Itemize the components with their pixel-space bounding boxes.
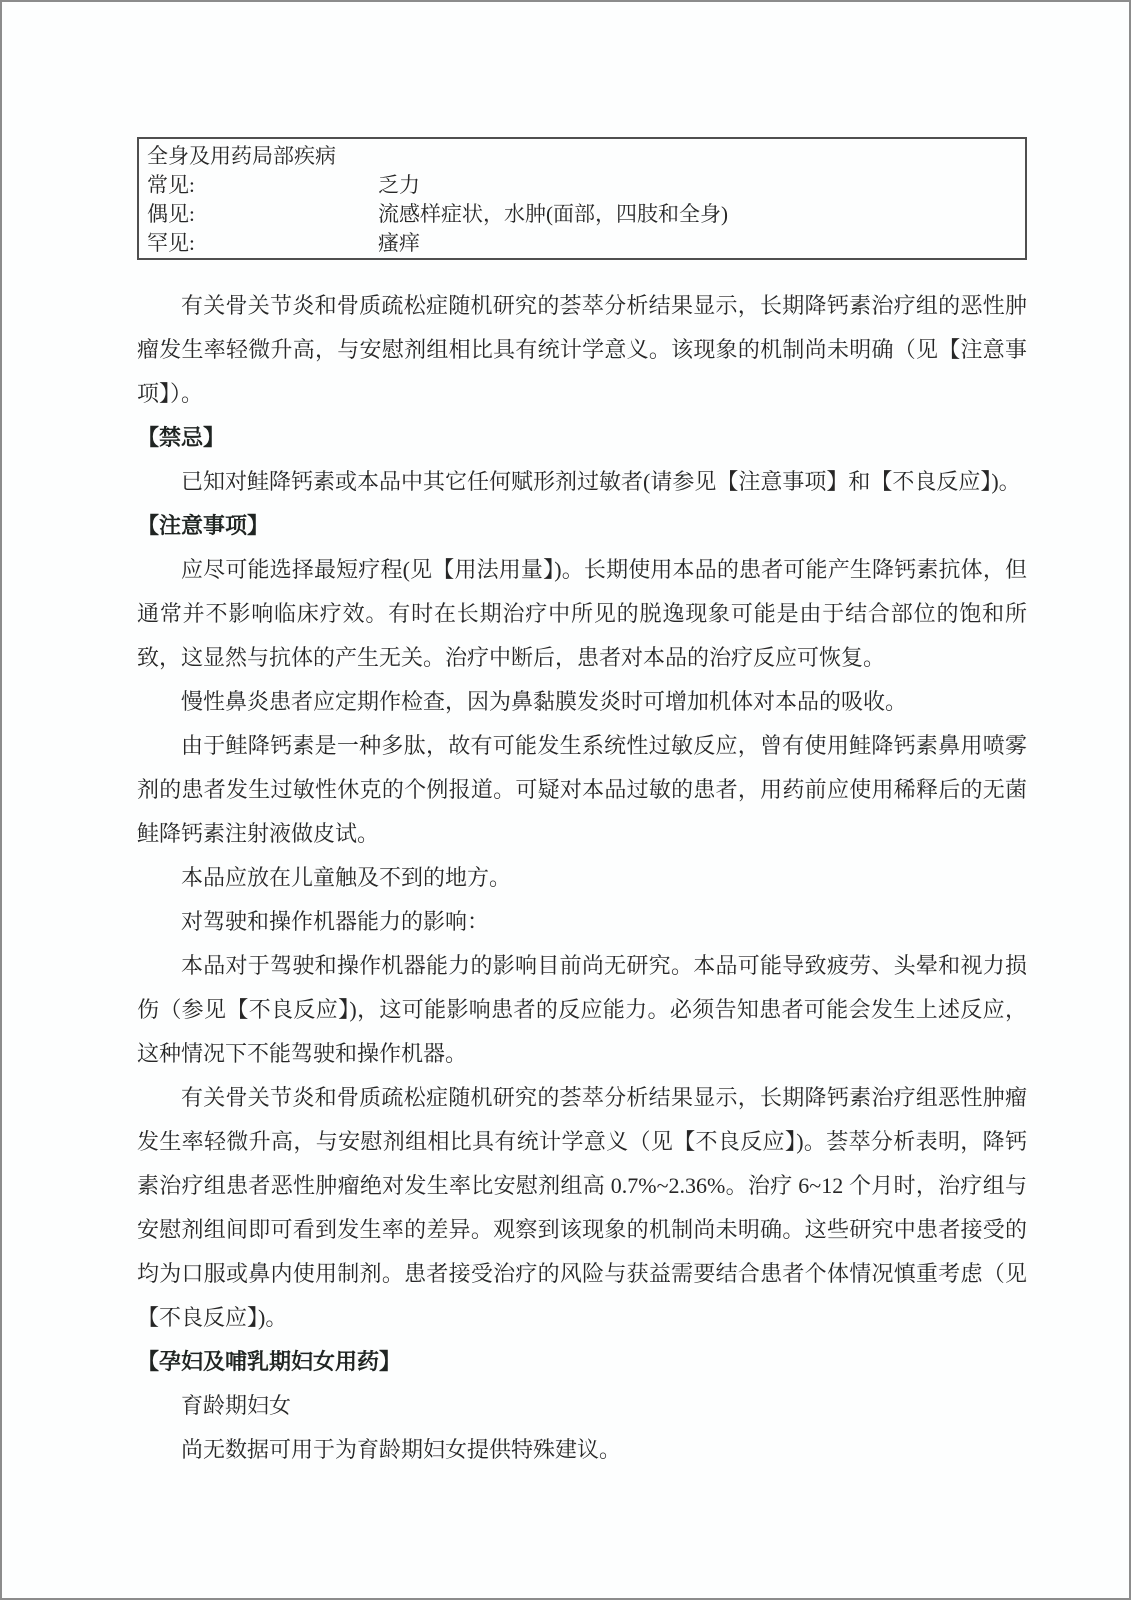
- pregnancy-paragraph: 尚无数据可用于为育龄期妇女提供特殊建议。: [137, 1428, 1027, 1472]
- contraindications-paragraph: 已知对鲑降钙素或本品中其它任何赋形剂过敏者(请参见【注意事项】和【不良反应】)。: [137, 460, 1027, 504]
- section-heading-pregnancy: 【孕妇及哺乳期妇女用药】: [137, 1340, 1027, 1384]
- precautions-paragraph: 对驾驶和操作机器能力的影响：: [137, 900, 1027, 944]
- pregnancy-paragraph: 育龄期妇女: [137, 1384, 1027, 1428]
- precautions-paragraph: 本品应放在儿童触及不到的地方。: [137, 856, 1027, 900]
- package-insert-page: 全身及用药局部疾病 常见: 乏力 偶见: 流感样症状，水肿(面部，四肢和全身) …: [0, 0, 1131, 1600]
- precautions-paragraph: 应尽可能选择最短疗程(见【用法用量】)。长期使用本品的患者可能产生降钙素抗体，但…: [137, 548, 1027, 680]
- table-row: 全身及用药局部疾病: [139, 139, 1025, 171]
- meta-analysis-paragraph: 有关骨关节炎和骨质疏松症随机研究的荟萃分析结果显示，长期降钙素治疗组的恶性肿瘤发…: [137, 284, 1027, 416]
- frequency-cell: 罕见:: [139, 229, 378, 258]
- precautions-paragraph: 本品对于驾驶和操作机器能力的影响目前尚无研究。本品可能导致疲劳、头晕和视力损伤（…: [137, 944, 1027, 1076]
- table-row: 罕见: 瘙痒: [139, 229, 1025, 258]
- precautions-paragraph: 有关骨关节炎和骨质疏松症随机研究的荟萃分析结果显示，长期降钙素治疗组恶性肿瘤发生…: [137, 1076, 1027, 1340]
- frequency-cell: 偶见:: [139, 200, 378, 229]
- table-header-system-organ-class: 全身及用药局部疾病: [139, 142, 336, 171]
- body-text: 有关骨关节炎和骨质疏松症随机研究的荟萃分析结果显示，长期降钙素治疗组的恶性肿瘤发…: [137, 284, 1027, 1472]
- precautions-paragraph: 由于鲑降钙素是一种多肽，故有可能发生系统性过敏反应，曾有使用鲑降钙素鼻用喷雾剂的…: [137, 724, 1027, 856]
- symptoms-cell: 瘙痒: [378, 229, 1025, 258]
- symptoms-cell: 乏力: [378, 171, 1025, 200]
- symptoms-cell: 流感样症状，水肿(面部，四肢和全身): [378, 200, 1025, 229]
- table-row: 偶见: 流感样症状，水肿(面部，四肢和全身): [139, 200, 1025, 229]
- page-content: 全身及用药局部疾病 常见: 乏力 偶见: 流感样症状，水肿(面部，四肢和全身) …: [137, 2, 1027, 1472]
- table-row: 常见: 乏力: [139, 171, 1025, 200]
- precautions-paragraph: 慢性鼻炎患者应定期作检查，因为鼻黏膜发炎时可增加机体对本品的吸收。: [137, 680, 1027, 724]
- section-heading-precautions: 【注意事项】: [137, 504, 1027, 548]
- adverse-reactions-table: 全身及用药局部疾病 常见: 乏力 偶见: 流感样症状，水肿(面部，四肢和全身) …: [137, 137, 1027, 260]
- frequency-cell: 常见:: [139, 171, 378, 200]
- section-heading-contraindications: 【禁忌】: [137, 416, 1027, 460]
